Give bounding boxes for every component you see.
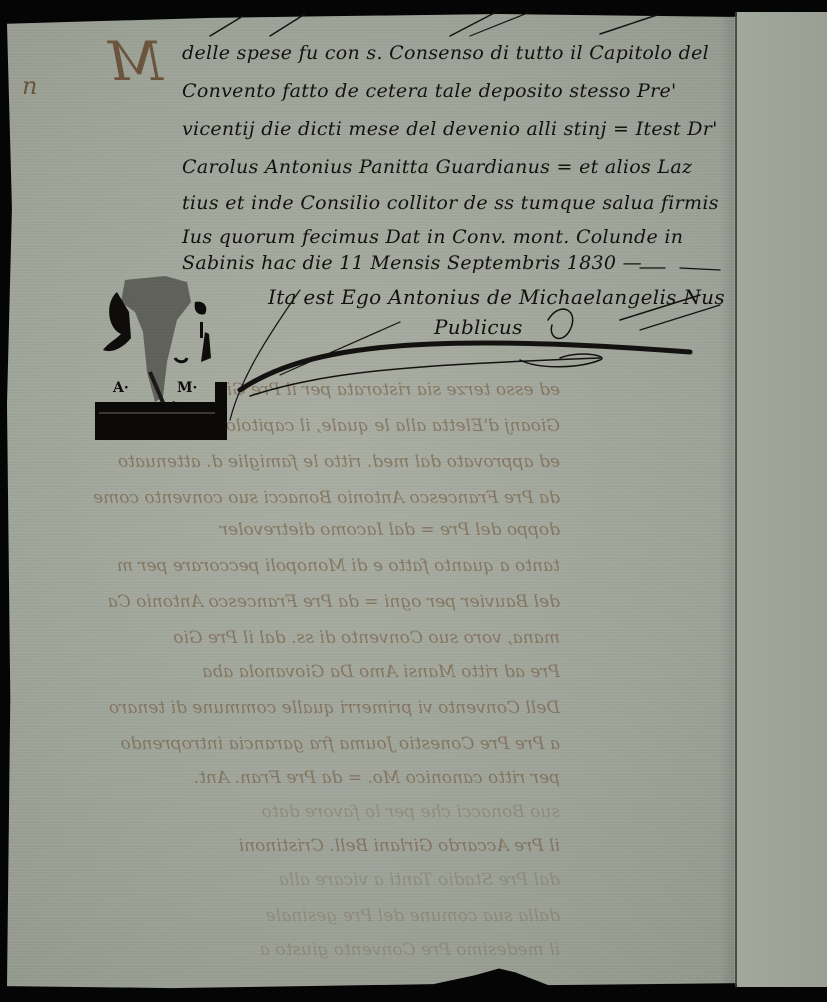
text-line: Carolus Antonius Panitta Guardianus = et…	[182, 156, 692, 178]
bleed-line: il Pre Accardo Girlani Bell. Cristinoni	[20, 836, 560, 856]
bleed-line: il medesimo Pre Convento giusto a	[20, 940, 560, 960]
bleed-line: a Pre Pre Conestio Jouma fra garancia in…	[20, 734, 560, 754]
seal-figure-icon	[95, 262, 235, 442]
text-line: vicentij die dicti mese del devenio alli…	[182, 118, 718, 140]
seal-letter-a: A·	[113, 380, 129, 396]
bleed-line: per ritto canonico Mo. = da Pre Fran. An…	[20, 768, 560, 788]
notarial-seal: A· M·	[95, 262, 235, 442]
bleed-line: dalla sua comune del Pre gesinale	[20, 906, 560, 926]
bleed-line: Dell Convento vi primerri qualle commune…	[20, 698, 560, 718]
text-line: Ius quorum fecimus Dat in Conv. mont. Co…	[182, 226, 683, 248]
adjacent-page-strip	[737, 12, 827, 987]
bleed-line: mana, voro suo Convento di ss. dal il Pr…	[20, 628, 560, 648]
bleed-line: tanto a quanto fatto e di Monopoli pecco…	[20, 556, 560, 576]
text-line: delle spese fu con s. Consenso di tutto …	[182, 42, 709, 64]
page-fold-line	[735, 12, 737, 987]
page-fold-shadow	[720, 12, 734, 987]
bleed-line: da Pre Francesco Antonio Bonacci suo con…	[20, 488, 560, 508]
bleed-line: Pre ad ritto Mansi Amo Da Giovanola aba	[20, 662, 560, 682]
text-line: Sabinis hac die 11 Mensis Septembris 183…	[182, 252, 642, 274]
margin-monogram: M	[108, 30, 163, 93]
bleed-line: dal Pre Stadio Tanti a vicare alla	[20, 870, 560, 890]
text-line: tius et inde Consilio collitor de ss tum…	[182, 192, 719, 214]
bleed-line: del Bauvier per ogni = da Pre Francesco …	[20, 592, 560, 612]
bleed-line: ed approvato dal med. ritto le famiglie …	[20, 452, 560, 472]
notary-title: Publicus	[434, 315, 523, 339]
bleed-line: suo Bonacci che per lo favore dato	[20, 802, 560, 822]
seal-letter-m: M·	[177, 380, 197, 396]
margin-numeral: n	[22, 72, 37, 100]
notary-attestation-line: Ita est Ego Antonius de Michaelangelis N…	[268, 285, 725, 309]
bleed-line: doppo del Pre = dal Iacomo dietrevoler	[20, 520, 560, 540]
text-line: Convento fatto de cetera tale deposito s…	[182, 80, 677, 102]
